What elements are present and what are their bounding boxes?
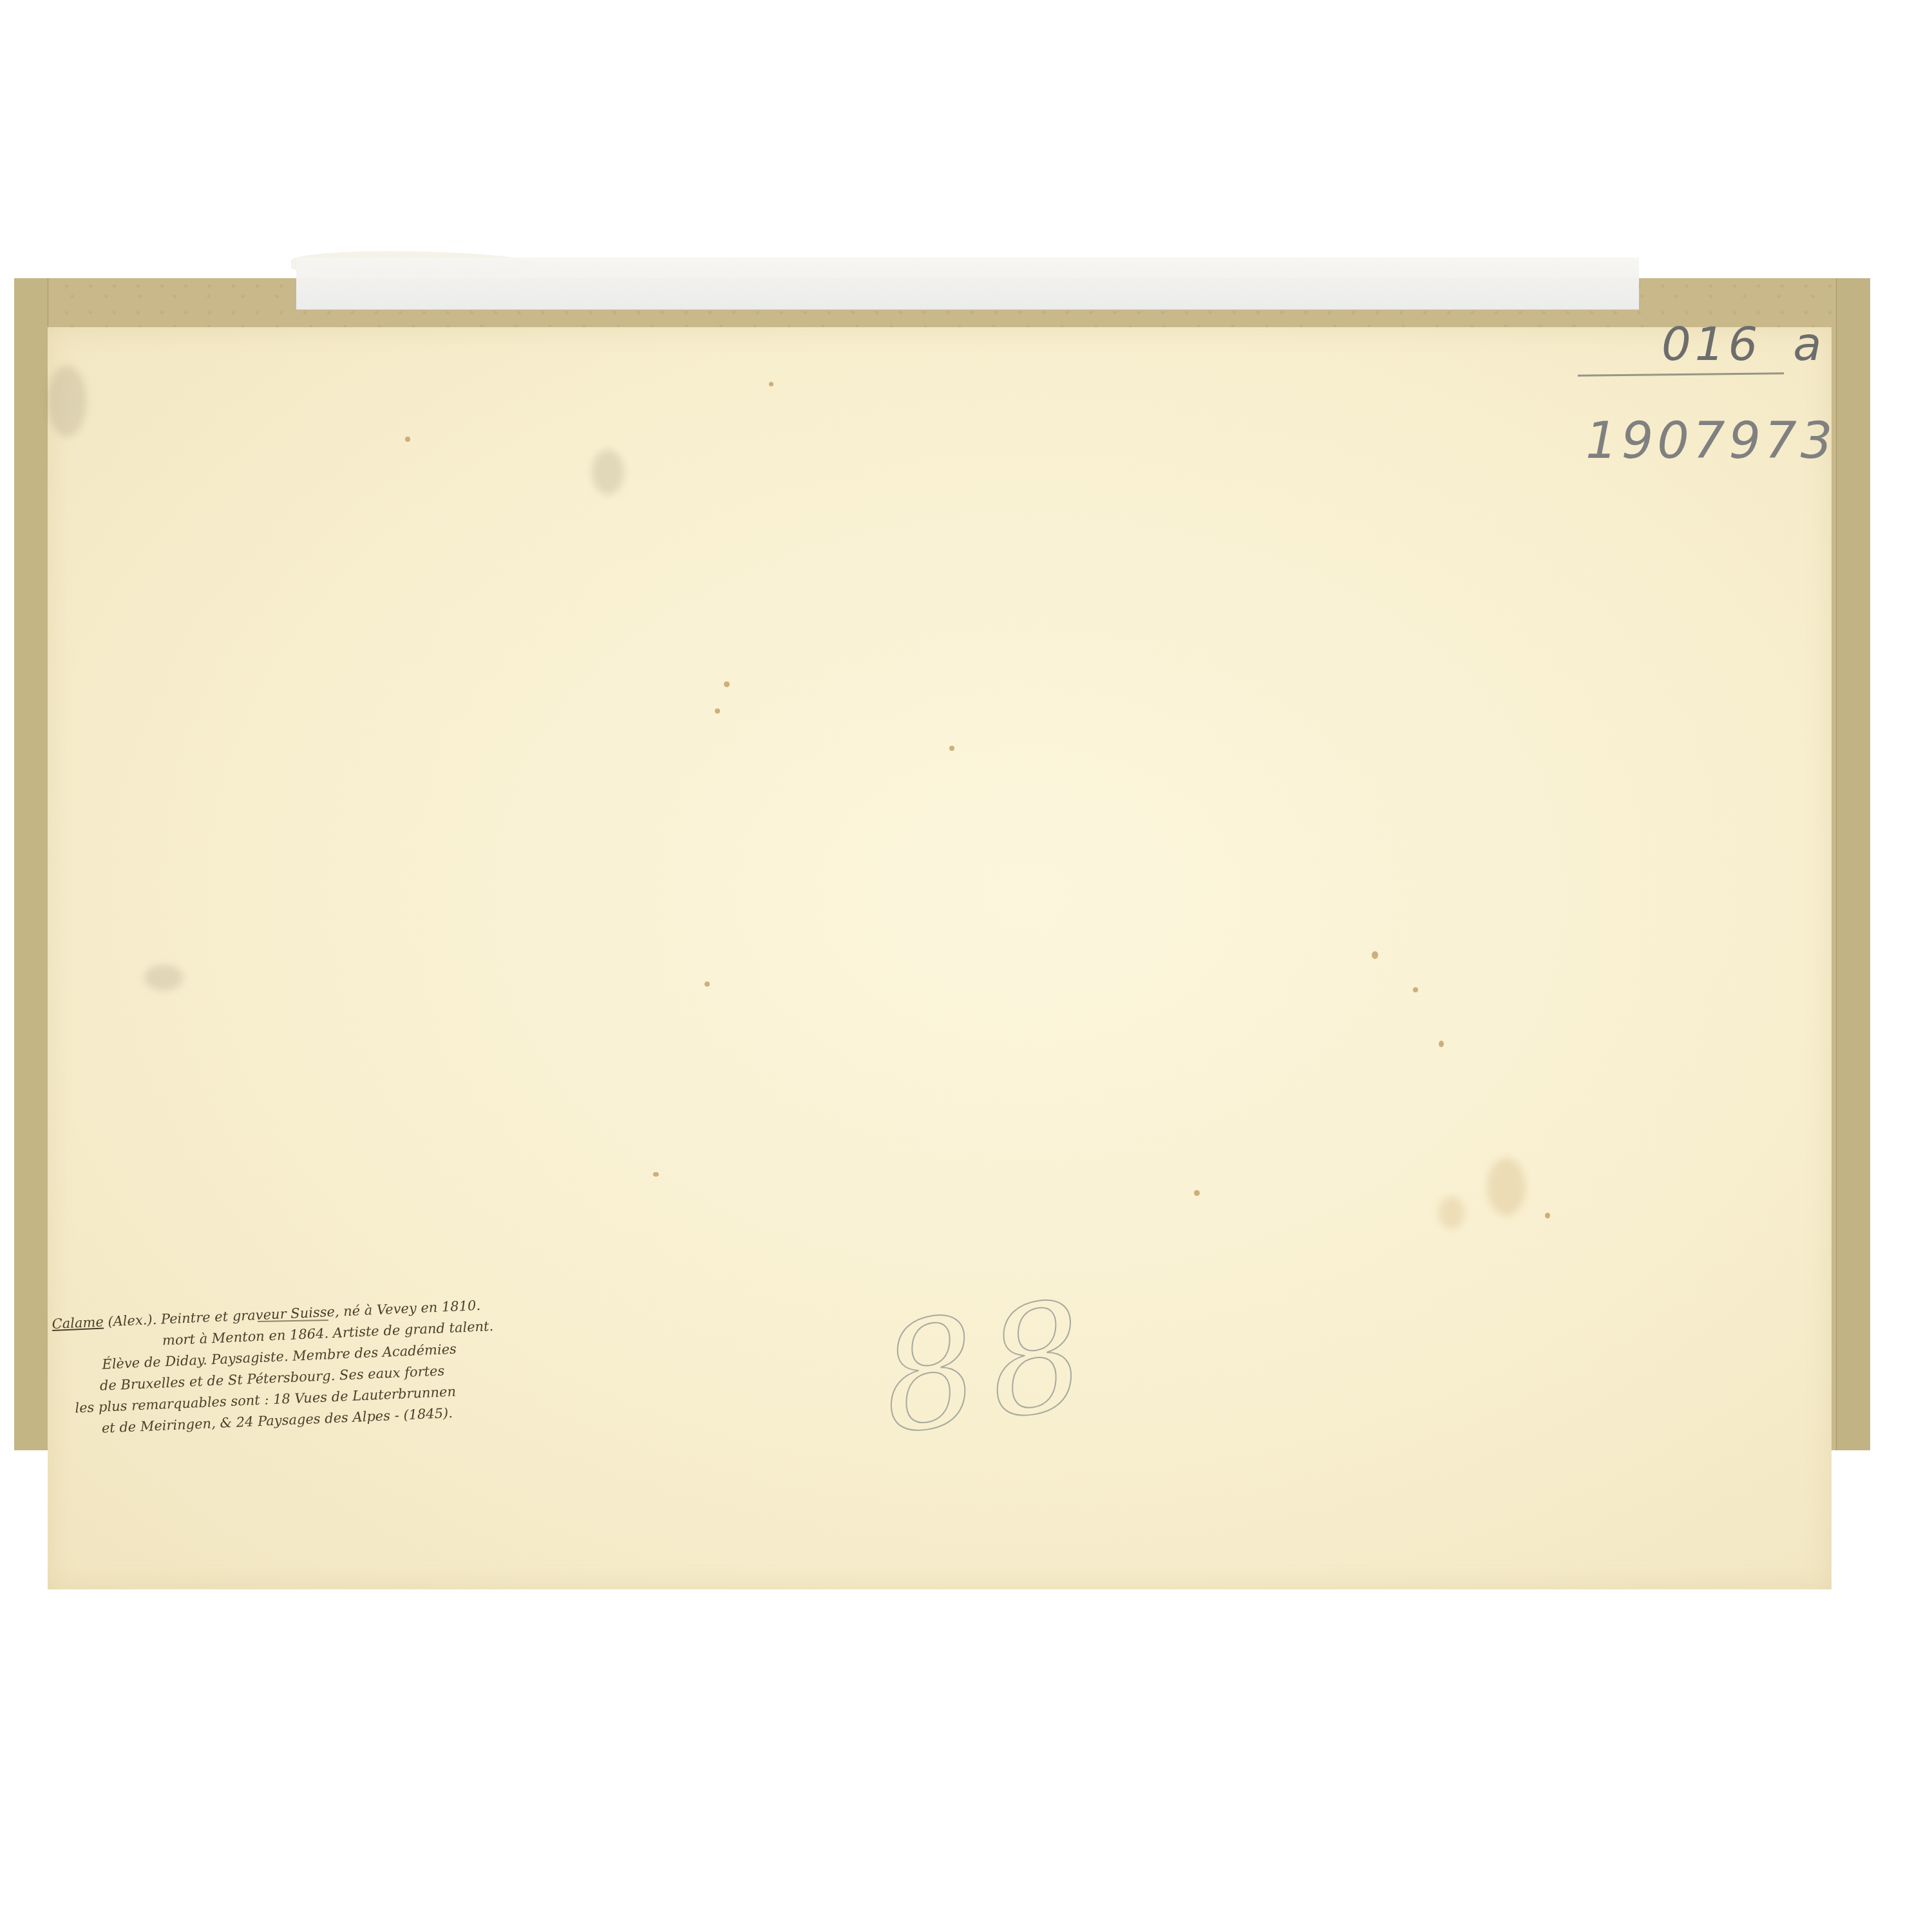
inventory-number: 1907973 [1586, 412, 1836, 470]
mount-left-hinge-strip [14, 278, 48, 1450]
mount-right-hinge-strip [1836, 278, 1870, 1450]
foxing-stain [405, 437, 410, 442]
artist-name: Calame [52, 1314, 104, 1331]
pencil-number-top: 016 a [1662, 317, 1825, 371]
center-pencil-number: 88 [871, 1267, 1108, 1468]
foxing-stain [1413, 987, 1418, 992]
hinge-tape-strip [296, 258, 1639, 310]
handwritten-inscription: Calame (Alex.). Peintre et graveur Suiss… [52, 1289, 623, 1441]
foxing-stain [1545, 1213, 1550, 1218]
water-stain [1439, 1197, 1464, 1229]
foxing-stain [1194, 1190, 1200, 1196]
foxing-stain [769, 382, 773, 386]
foxing-stain [724, 681, 730, 687]
water-stain [1487, 1158, 1526, 1216]
foxing-stain [705, 981, 710, 987]
fingerprint-smudge [144, 965, 183, 990]
foxing-stain [949, 746, 954, 751]
fingerprint-smudge [48, 366, 86, 437]
fingerprint-smudge [592, 450, 624, 495]
foxing-stain [715, 708, 720, 714]
pencil-suffix: a [1793, 317, 1825, 371]
foxing-stain [1372, 951, 1378, 959]
foxing-stain [653, 1172, 659, 1177]
foxing-stain [1439, 1041, 1444, 1047]
pencil-number-016: 016 [1662, 317, 1761, 371]
